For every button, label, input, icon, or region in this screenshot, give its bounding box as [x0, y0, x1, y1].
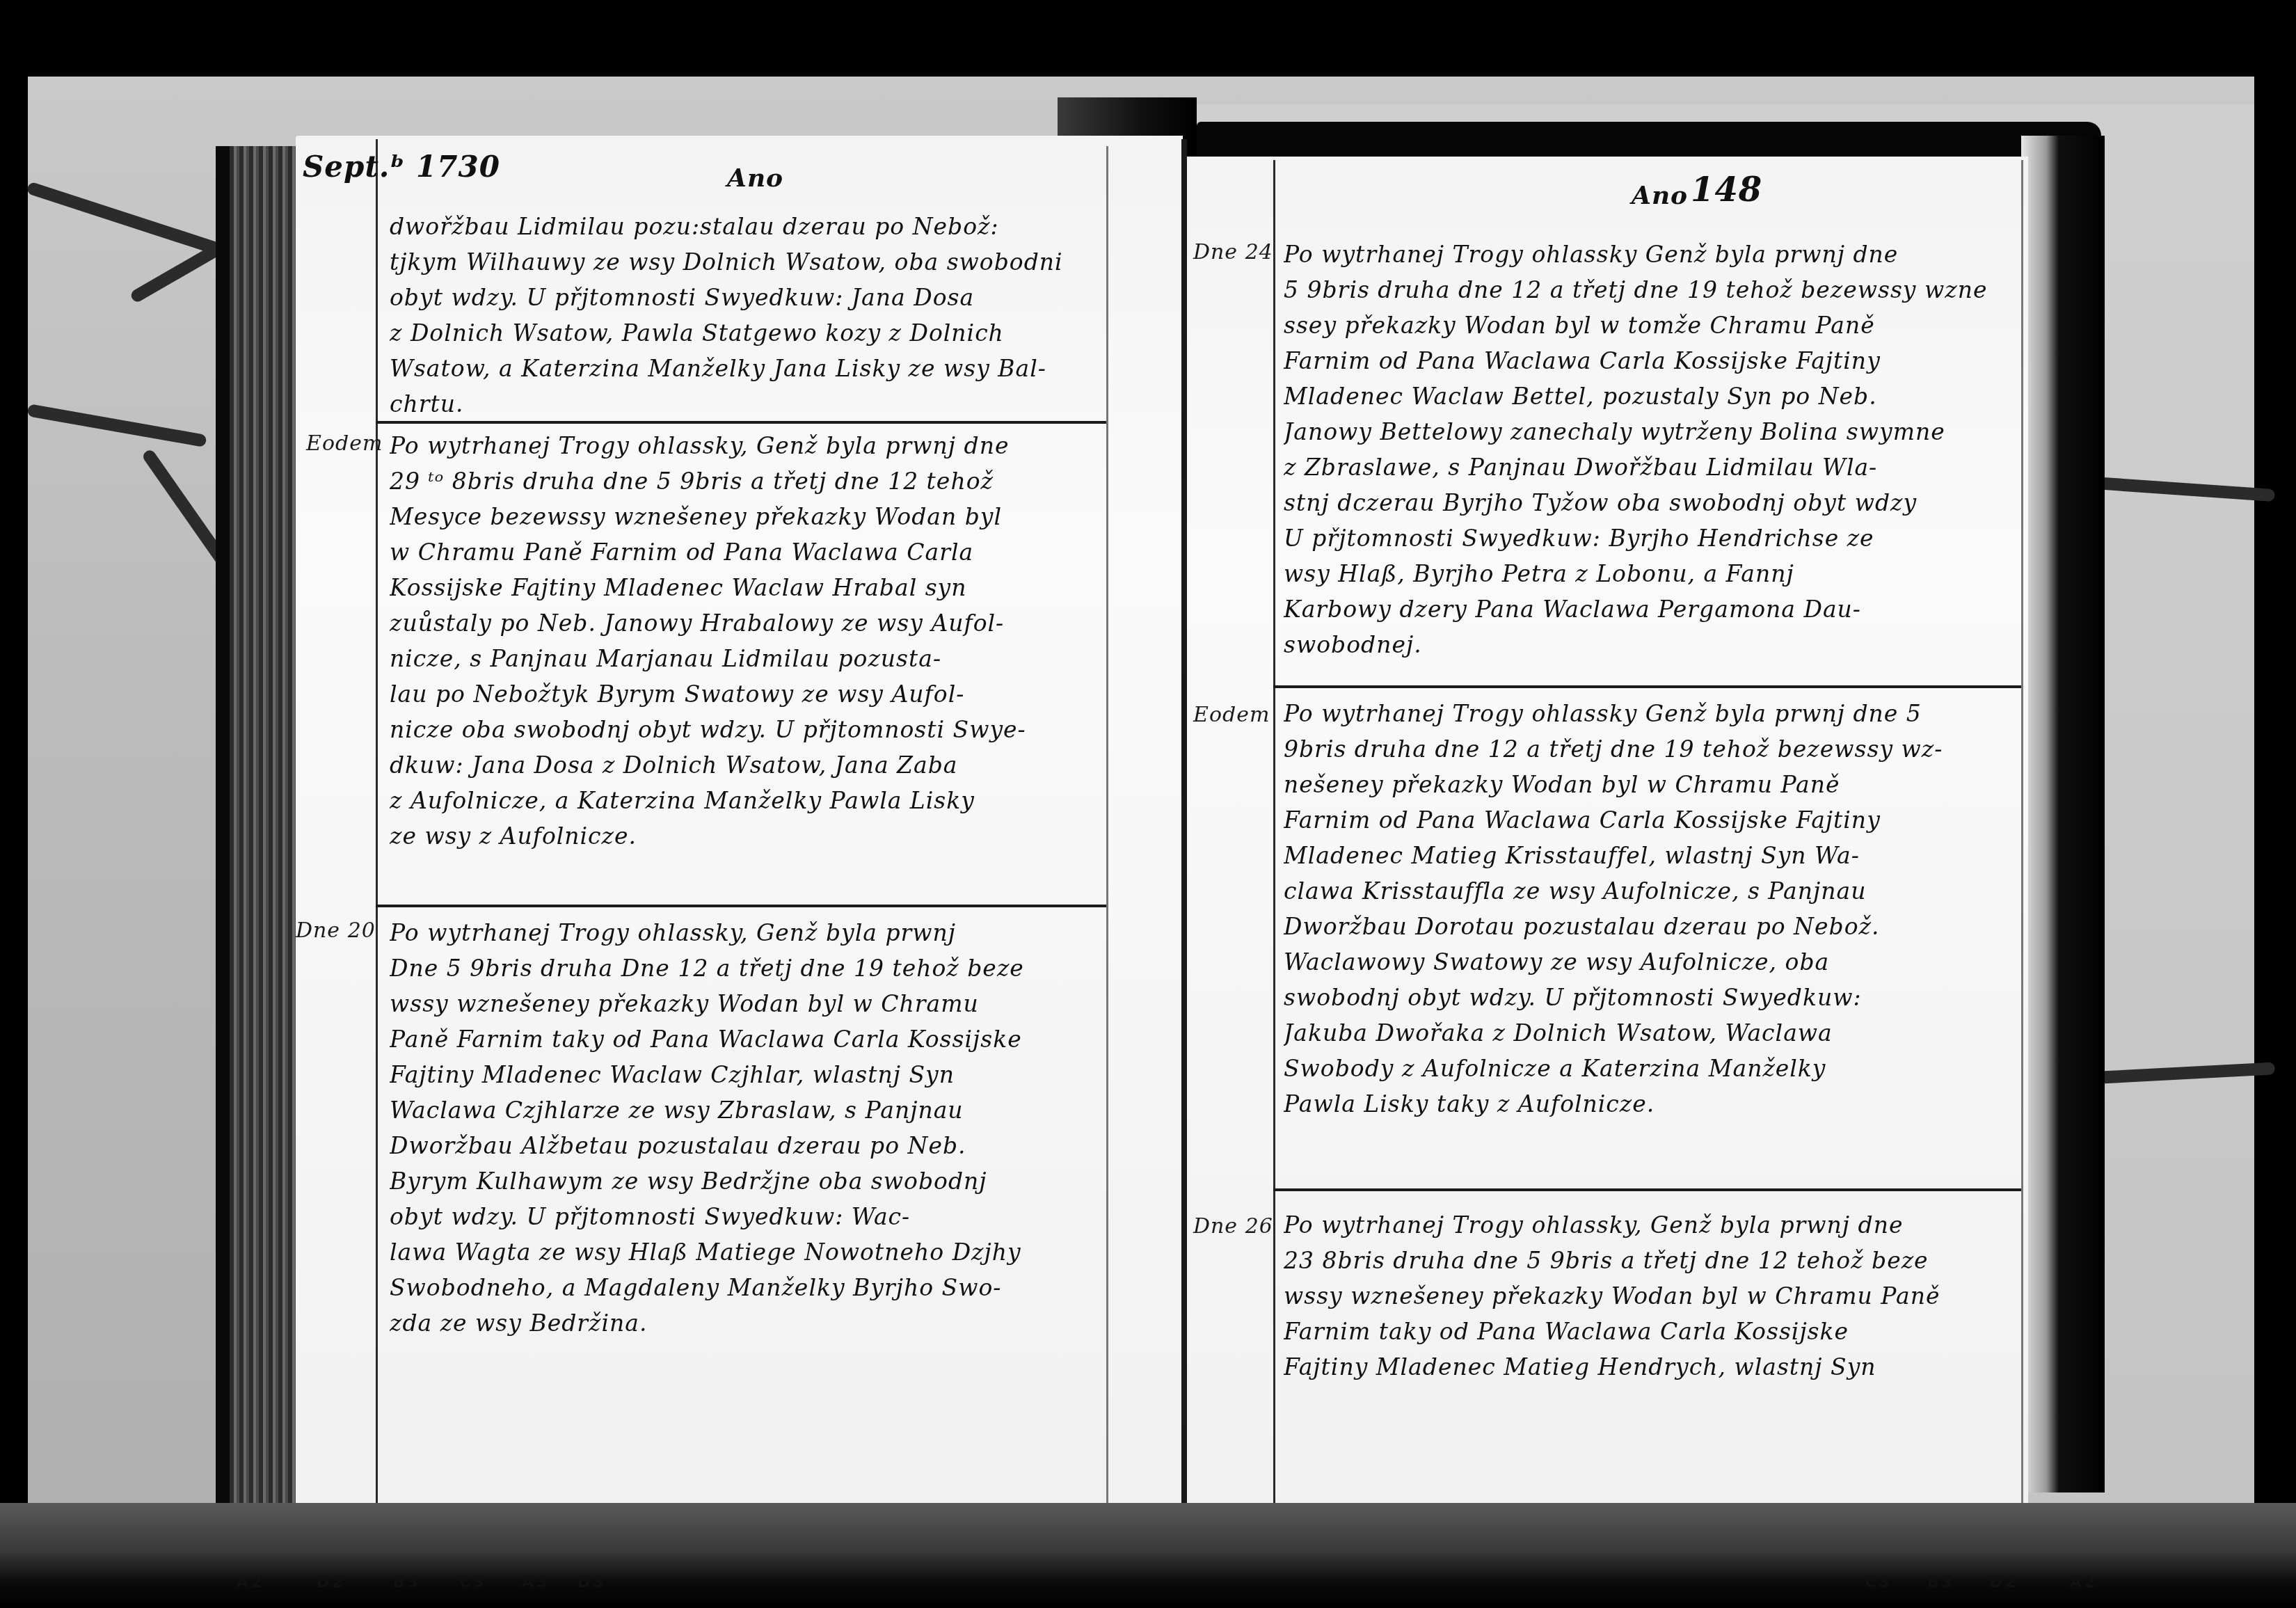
right-entry-separator-1 — [1273, 685, 2021, 688]
entry-line: Fajtiny Mladenec Waclaw Czjhlar, wlastnj… — [390, 1057, 1024, 1092]
left-entry-3: Po wytrhanej Trogy ohlassky, Genž byla p… — [390, 915, 1024, 1341]
ruler-mark: D2 — [1990, 1574, 2019, 1591]
left-entry-separator-2 — [376, 905, 1106, 907]
entry-line: ssey překazky Wodan byl w tomže Chramu P… — [1284, 308, 1987, 343]
ruler-mark: D3 — [577, 1574, 607, 1591]
ruler-mark: A3 — [522, 1574, 550, 1591]
left-entry-2: Po wytrhanej Trogy ohlassky, Genž byla p… — [390, 428, 1026, 854]
entry-line: Waclawowy Swatowy ze wsy Aufolnicze, oba — [1284, 944, 1943, 980]
left-page-date-header: Sept.ᵇ 1730 — [303, 150, 500, 184]
right-entry-1-margin-date: Dne 24 — [1193, 240, 1273, 264]
entry-line: Po wytrhanej Trogy ohlassky, Genž byla p… — [1284, 1207, 1940, 1243]
entry-line: z Dolnich Wsatow, Pawla Statgewo kozy z … — [390, 315, 1063, 351]
entry-line: Janowy Bettelowy zanechaly wytrženy Boli… — [1284, 414, 1987, 449]
entry-line: dkuw: Jana Dosa z Dolnich Wsatow, Jana Z… — [390, 747, 1026, 783]
entry-line: dwořžbau Lidmilau pozu:stalau dzerau po … — [390, 209, 1063, 244]
left-entry-1: dwořžbau Lidmilau pozu:stalau dzerau po … — [390, 209, 1063, 422]
entry-line: nešeney překazky Wodan byl w Chramu Paně — [1284, 767, 1943, 802]
entry-line: Paně Farnim taky od Pana Waclawa Carla K… — [390, 1021, 1024, 1057]
right-entry-3-margin-date: Dne 26 — [1193, 1214, 1273, 1239]
entry-line: nicze oba swobodnj obyt wdzy. U přjtomno… — [390, 712, 1026, 747]
entry-line: z Aufolnicze, a Katerzina Manželky Pawla… — [390, 783, 1026, 818]
right-page-folio-number: 148 — [1691, 170, 1762, 209]
entry-line: Kossijske Fajtiny Mladenec Waclaw Hrabal… — [390, 570, 1026, 605]
entry-line: Mladenec Waclaw Bettel, pozustaly Syn po… — [1284, 379, 1987, 414]
right-entry-2: Po wytrhanej Trogy ohlassky Genž byla pr… — [1284, 696, 1943, 1122]
entry-line: Waclawa Czjhlarze ze wsy Zbraslaw, s Pan… — [390, 1092, 1024, 1128]
entry-line: stnj dczerau Byrjho Tyžow oba swobodnj o… — [1284, 485, 1987, 520]
book-spine — [1181, 139, 1187, 1510]
entry-line: clawa Krisstauffla ze wsy Aufolnicze, s … — [1284, 873, 1943, 909]
entry-line: swobodnj obyt wdzy. U přjtomnosti Swyedk… — [1284, 980, 1943, 1015]
entry-line: Po wytrhanej Trogy ohlassky, Genž byla p… — [390, 915, 1024, 950]
right-page-right-rule — [2021, 160, 2023, 1506]
entry-line: U přjtomnosti Swyedkuw: Byrjho Hendrichs… — [1284, 520, 1987, 556]
entry-line: tjkym Wilhauwy ze wsy Dolnich Wsatow, ob… — [390, 244, 1063, 280]
ruler-mark: B3 — [393, 1574, 421, 1591]
entry-line: nicze, s Panjnau Marjanau Lidmilau pozus… — [390, 641, 1026, 676]
entry-line: Byrym Kulhawym ze wsy Bedržjne oba swobo… — [390, 1163, 1024, 1199]
entry-line: obyt wdzy. U přjtomnosti Swyedkuw: Wac- — [390, 1199, 1024, 1234]
entry-line: Swobodneho, a Magdaleny Manželky Byrjho … — [390, 1270, 1024, 1305]
entry-line: wssy wznešeney překazky Wodan byl w Chra… — [1284, 1278, 1940, 1314]
left-page-right-rule — [1106, 146, 1108, 1506]
entry-line: Swobody z Aufolnicze a Katerzina Manželk… — [1284, 1051, 1943, 1086]
entry-line: swobodnej. — [1284, 627, 1987, 662]
right-entry-2-margin-date: Eodem — [1193, 703, 1270, 727]
left-entry-3-margin-date: Dne 20 — [296, 918, 376, 943]
right-entry-separator-2 — [1273, 1188, 2021, 1191]
ruler-mark: C3 — [1865, 1574, 1892, 1591]
entry-line: Farnim od Pana Waclawa Carla Kossijske F… — [1284, 802, 1943, 838]
entry-line: lawa Wagta ze wsy Hlaß Matiege Nowotneho… — [390, 1234, 1024, 1270]
entry-line: Po wytrhanej Trogy ohlassky, Genž byla p… — [390, 428, 1026, 463]
entry-line: Dworžbau Dorotau pozustalau dzerau po Ne… — [1284, 909, 1943, 944]
ruler-mark: D2 — [317, 1574, 346, 1591]
left-entry-2-margin-date: Eodem — [306, 431, 383, 456]
entry-line: zuůstaly po Neb. Janowy Hrabalowy ze wsy… — [390, 605, 1026, 641]
entry-line: Farnim od Pana Waclawa Carla Kossijske F… — [1284, 343, 1987, 379]
entry-line: 29 ᵗᵒ 8bris druha dne 5 9bris a třetj dn… — [390, 463, 1026, 499]
entry-line: wsy Hlaß, Byrjho Petra z Lobonu, a Fannj — [1284, 556, 1987, 591]
ruler-mark: A2 — [2070, 1574, 2098, 1591]
entry-line: z Zbraslawe, s Panjnau Dwořžbau Lidmilau… — [1284, 449, 1987, 485]
entry-line: Pawla Lisky taky z Aufolnicze. — [1284, 1086, 1943, 1122]
right-entry-3: Po wytrhanej Trogy ohlassky, Genž byla p… — [1284, 1207, 1940, 1385]
entry-line: Po wytrhanej Trogy ohlassky Genž byla pr… — [1284, 237, 1987, 272]
entry-line: Dworžbau Alžbetau pozustalau dzerau po N… — [390, 1128, 1024, 1163]
right-page-center-mark: Ano — [1632, 181, 1688, 210]
left-page-center-mark: Ano — [727, 164, 783, 193]
entry-line: ze wsy z Aufolnicze. — [390, 818, 1026, 854]
entry-line: chrtu. — [390, 386, 1063, 422]
ruler-mark: A2 — [237, 1574, 264, 1591]
entry-line: w Chramu Paně Farnim od Pana Waclawa Car… — [390, 534, 1026, 570]
entry-line: wssy wznešeney překazky Wodan byl w Chra… — [390, 986, 1024, 1021]
entry-line: 23 8bris druha dne 5 9bris a třetj dne 1… — [1284, 1243, 1940, 1278]
entry-line: 9bris druha dne 12 a třetj dne 19 tehož … — [1284, 731, 1943, 767]
entry-line: obyt wdzy. U přjtomnosti Swyedkuw: Jana … — [390, 280, 1063, 315]
entry-line: Jakuba Dwořaka z Dolnich Wsatow, Waclawa — [1284, 1015, 1943, 1051]
entry-line: Fajtiny Mladenec Matieg Hendrych, wlastn… — [1284, 1349, 1940, 1385]
entry-line: 5 9bris druha dne 12 a třetj dne 19 teho… — [1284, 272, 1987, 308]
entry-line: Farnim taky od Pana Waclawa Carla Kossij… — [1284, 1314, 1940, 1349]
entry-line: Karbowy dzery Pana Waclawa Pergamona Dau… — [1284, 591, 1987, 627]
right-entry-1: Po wytrhanej Trogy ohlassky Genž byla pr… — [1284, 237, 1987, 662]
left-page-margin-rule — [376, 139, 378, 1506]
right-page-margin-rule — [1273, 160, 1275, 1506]
ruler-mark: B3 — [1927, 1574, 1955, 1591]
scanner-bottom-strip — [0, 1503, 2296, 1608]
ruler-mark: C3 — [459, 1574, 486, 1591]
entry-line: Mladenec Matieg Krisstauffel, wlastnj Sy… — [1284, 838, 1943, 873]
entry-line: zda ze wsy Bedržina. — [390, 1305, 1024, 1341]
entry-line: Po wytrhanej Trogy ohlassky Genž byla pr… — [1284, 696, 1943, 731]
book-cover-side-right — [2021, 136, 2105, 1492]
entry-line: Wsatow, a Katerzina Manželky Jana Lisky … — [390, 351, 1063, 386]
entry-line: lau po Nebožtyk Byrym Swatowy ze wsy Auf… — [390, 676, 1026, 712]
entry-line: Mesyce bezewssy wznešeney překazky Wodan… — [390, 499, 1026, 534]
entry-line: Dne 5 9bris druha Dne 12 a třetj dne 19 … — [390, 950, 1024, 986]
